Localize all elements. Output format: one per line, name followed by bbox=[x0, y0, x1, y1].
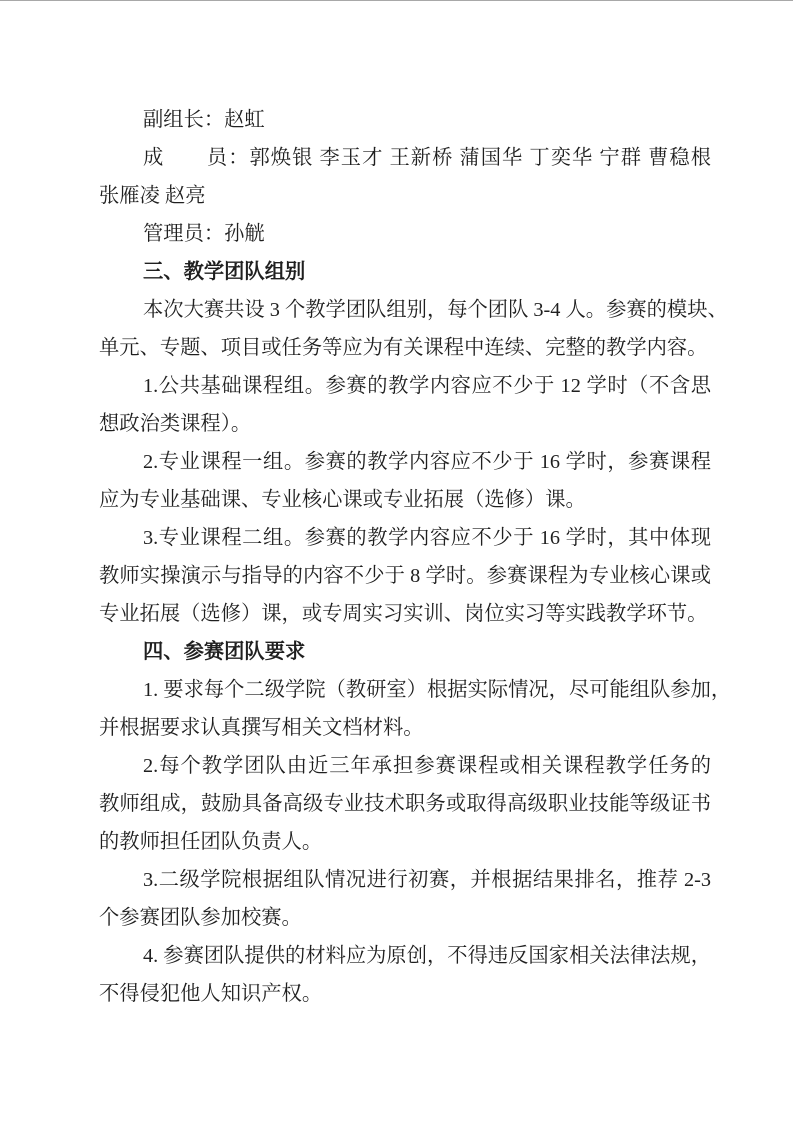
paragraph-requirement-3: 3.二级学院根据组队情况进行初赛，并根据结果排名，推荐 2-3 个参赛团队参加校… bbox=[99, 861, 711, 937]
body-line: 教师实操演示与指导的内容不少于 8 学时。参赛课程为专业核心课或 bbox=[99, 557, 711, 595]
body-line: 1.公共基础课程组。参赛的教学内容应不少于 12 学时（不含思 bbox=[99, 367, 711, 405]
paragraph-team-groups-intro: 本次大赛共设 3 个教学团队组别，每个团队 3-4 人。参赛的模块、 单元、专题… bbox=[99, 291, 711, 367]
body-line: 不得侵犯他人知识产权。 bbox=[99, 975, 711, 1013]
body-line: 个参赛团队参加校赛。 bbox=[99, 899, 711, 937]
body-line: 2.每个教学团队由近三年承担参赛课程或相关课程教学任务的 bbox=[99, 747, 711, 785]
body-line: 本次大赛共设 3 个教学团队组别，每个团队 3-4 人。参赛的模块、 bbox=[99, 291, 711, 329]
body-line: 教师组成，鼓励具备高级专业技术职务或取得高级职业技能等级证书 bbox=[99, 785, 711, 823]
deputy-leader-line: 副组长：赵虹 bbox=[99, 101, 711, 139]
members-field: 成 员：郭焕银 李玉才 王新桥 蒲国华 丁奕华 宁群 曹稳根 张雁凌 赵亮 bbox=[99, 139, 711, 215]
paragraph-group-major-1: 2.专业课程一组。参赛的教学内容应不少于 16 学时，参赛课程 应为专业基础课、… bbox=[99, 443, 711, 519]
paragraph-requirement-4: 4. 参赛团队提供的材料应为原创，不得违反国家相关法律法规， 不得侵犯他人知识产… bbox=[99, 937, 711, 1013]
body-line: 4. 参赛团队提供的材料应为原创，不得违反国家相关法律法规， bbox=[99, 937, 711, 975]
members-line-2: 张雁凌 赵亮 bbox=[99, 177, 711, 215]
paragraph-requirement-2: 2.每个教学团队由近三年承担参赛课程或相关课程教学任务的 教师组成，鼓励具备高级… bbox=[99, 747, 711, 861]
body-line: 2.专业课程一组。参赛的教学内容应不少于 16 学时，参赛课程 bbox=[99, 443, 711, 481]
administrator-field: 管理员：孙觥 bbox=[99, 215, 711, 253]
section-heading-team-groups: 三、教学团队组别 bbox=[99, 253, 711, 291]
body-line: 想政治类课程）。 bbox=[99, 405, 711, 443]
body-line: 的教师担任团队负责人。 bbox=[99, 823, 711, 861]
administrator-line: 管理员：孙觥 bbox=[99, 215, 711, 253]
section-heading-team-requirements-text: 四、参赛团队要求 bbox=[99, 633, 711, 671]
body-line: 3.二级学院根据组队情况进行初赛，并根据结果排名，推荐 2-3 bbox=[99, 861, 711, 899]
body-line: 1. 要求每个二级学院（教研室）根据实际情况，尽可能组队参加， bbox=[99, 671, 711, 709]
body-line: 3.专业课程二组。参赛的教学内容应不少于 16 学时，其中体现 bbox=[99, 519, 711, 557]
paragraph-requirement-1: 1. 要求每个二级学院（教研室）根据实际情况，尽可能组队参加， 并根据要求认真撰… bbox=[99, 671, 711, 747]
paragraph-group-public-basic: 1.公共基础课程组。参赛的教学内容应不少于 12 学时（不含思 想政治类课程）。 bbox=[99, 367, 711, 443]
document-page: 副组长：赵虹 成 员：郭焕银 李玉才 王新桥 蒲国华 丁奕华 宁群 曹稳根 张雁… bbox=[0, 0, 793, 1122]
body-line: 并根据要求认真撰写相关文档材料。 bbox=[99, 709, 711, 747]
page-top-edge bbox=[0, 0, 793, 1]
paragraph-group-major-2: 3.专业课程二组。参赛的教学内容应不少于 16 学时，其中体现 教师实操演示与指… bbox=[99, 519, 711, 633]
body-line: 应为专业基础课、专业核心课或专业拓展（选修）课。 bbox=[99, 481, 711, 519]
section-heading-team-groups-text: 三、教学团队组别 bbox=[99, 253, 711, 291]
body-line: 专业拓展（选修）课，或专周实习实训、岗位实习等实践教学环节。 bbox=[99, 595, 711, 633]
document-content: 副组长：赵虹 成 员：郭焕银 李玉才 王新桥 蒲国华 丁奕华 宁群 曹稳根 张雁… bbox=[99, 101, 711, 1013]
deputy-leader-field: 副组长：赵虹 bbox=[99, 101, 711, 139]
members-line-1: 成 员：郭焕银 李玉才 王新桥 蒲国华 丁奕华 宁群 曹稳根 bbox=[99, 139, 711, 177]
body-line: 单元、专题、项目或任务等应为有关课程中连续、完整的教学内容。 bbox=[99, 329, 711, 367]
section-heading-team-requirements: 四、参赛团队要求 bbox=[99, 633, 711, 671]
